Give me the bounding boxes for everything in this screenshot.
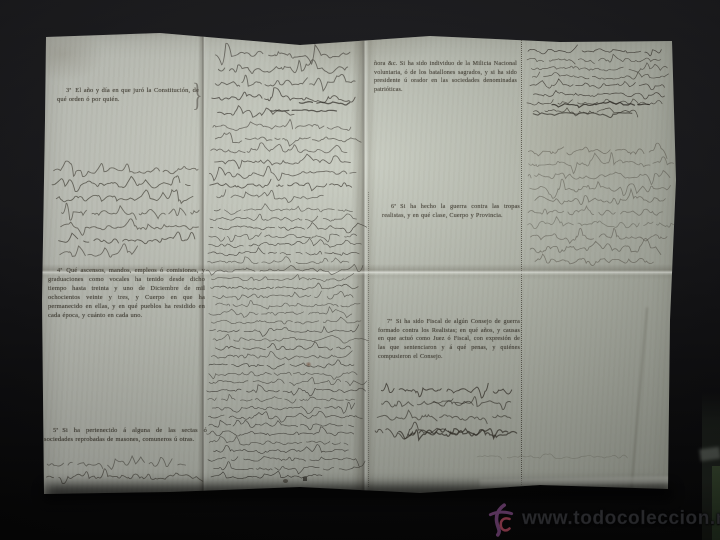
- printed-brace: }: [192, 76, 203, 115]
- handwritten-answer-5: [42, 452, 202, 486]
- diagonal-crease: [630, 307, 648, 491]
- manuscript-paper: 3ªEl año y día en que juró la Constituci…: [40, 32, 678, 494]
- signature-rubric-flourish: [398, 426, 516, 439]
- question-number: 3ª: [66, 87, 75, 94]
- printed-question-6: 6ªSi ha hecho la guerra contra las tropa…: [382, 203, 520, 221]
- question-text: ñora &c. Si ha sido individuo de la Mili…: [374, 61, 517, 93]
- handwritten-underline: [262, 103, 340, 117]
- printed-question-7: 7ªSi ha sido Fiscal de algún Consejo de …: [378, 318, 520, 361]
- paper-drop-shadow: [44, 486, 672, 499]
- question-text: Si ha pertenecido á alguna de las sectas…: [44, 427, 207, 443]
- dotted-rule-line: [368, 192, 369, 487]
- todocoleccion-tc-logo-icon: [486, 503, 516, 537]
- question-text: Qué ascensos, mandos, empleos ó comision…: [48, 267, 205, 319]
- handwritten-underline: [527, 106, 639, 120]
- printed-question-3: 3ªEl año y día en que juró la Constituci…: [57, 86, 199, 104]
- question-text: El año y día en que juró la Constitución…: [57, 87, 199, 103]
- handwritten-text-block-dense: [206, 201, 364, 484]
- handwritten-text-block-faded: [526, 140, 676, 270]
- handwritten-answer-3: [52, 158, 202, 264]
- printed-question-5-continued: ñora &c. Si ha sido individuo de la Mili…: [374, 60, 517, 95]
- handwritten-text-block: [208, 116, 360, 205]
- question-number: 5ª: [53, 427, 62, 434]
- watermark-url: www.todocoleccion.net: [522, 508, 720, 530]
- photo-stage: 3ªEl año y día en que juró la Constituci…: [0, 0, 720, 540]
- printed-question-4: 4ªQué ascensos, mandos, empleos ó comisi…: [48, 266, 205, 321]
- question-text: Si ha hecho la guerra contra las tropas …: [382, 203, 520, 219]
- question-number: 7ª: [387, 319, 396, 325]
- printed-question-5: 5ªSi ha pertenecido á alguna de las sect…: [44, 426, 207, 444]
- handwritten-interline-note: [428, 393, 470, 409]
- question-text: Si ha sido Fiscal de algún Consejo de gu…: [378, 319, 520, 360]
- question-number: 6ª: [391, 203, 400, 210]
- faint-handwritten-line: [470, 448, 638, 464]
- question-number: 4ª: [57, 267, 66, 274]
